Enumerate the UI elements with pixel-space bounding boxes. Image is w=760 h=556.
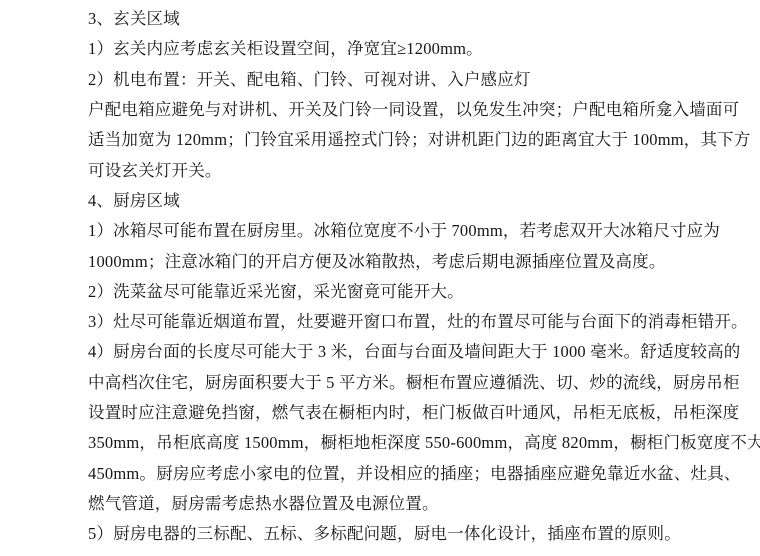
kitchen-item-4-line-3: 设置时应注意避免挡窗，燃气表在橱柜内时，柜门板做百叶通风，吊柜无底板，吊柜深度 (88, 396, 742, 426)
kitchen-item-5: 5）厨房电器的三标配、五标、多标配问题，厨电一体化设计，插座布置的原则。 (88, 517, 742, 547)
kitchen-item-4-line-4: 350mm，吊柜底高度 1500mm，橱柜地柜深度 550-600mm，高度 8… (88, 426, 742, 456)
document-page: 3、玄关区域 1）玄关内应考虑玄关柜设置空间，净宽宜≥1200mm。 2）机电布… (0, 0, 760, 556)
section-heading-kitchen: 4、厨房区域 (88, 184, 742, 214)
kitchen-item-4-line-6: 燃气管道，厨房需考虑热水器位置及电源位置。 (88, 487, 742, 517)
kitchen-item-1-line-2: 1000mm；注意冰箱门的开启方便及冰箱散热，考虑后期电源插座位置及高度。 (88, 244, 742, 274)
kitchen-item-4-line-2: 中高档次住宅，厨房面积要大于 5 平方米。橱柜布置应遵循洗、切、炒的流线，厨房吊… (88, 366, 742, 396)
entrance-para-line-2: 适当加宽为 120mm；门铃宜采用遥控式门铃；对讲机距门边的距离宜大于 100m… (88, 123, 742, 153)
entrance-para-line-3: 可设玄关灯开关。 (88, 153, 742, 183)
entrance-item-2: 2）机电布置：开关、配电箱、门铃、可视对讲、入户感应灯 (88, 63, 742, 93)
kitchen-item-4-line-5: 450mm。厨房应考虑小家电的位置，并设相应的插座；电器插座应避免靠近水盆、灶具… (88, 456, 742, 486)
kitchen-item-4-line-1: 4）厨房台面的长度尽可能大于 3 米，台面与台面及墙间距大于 1000 毫米。舒… (88, 335, 742, 365)
entrance-para-line-1: 户配电箱应避免与对讲机、开关及门铃一同设置，以免发生冲突；户配电箱所龛入墙面可 (88, 93, 742, 123)
kitchen-item-2: 2）洗菜盆尽可能靠近采光窗，采光窗竟可能开大。 (88, 275, 742, 305)
entrance-item-1: 1）玄关内应考虑玄关柜设置空间，净宽宜≥1200mm。 (88, 32, 742, 62)
kitchen-item-3: 3）灶尽可能靠近烟道布置，灶要避开窗口布置，灶的布置尽可能与台面下的消毒柜错开。 (88, 305, 742, 335)
kitchen-item-1-line-1: 1）冰箱尽可能布置在厨房里。冰箱位宽度不小于 700mm，若考虑双开大冰箱尺寸应… (88, 214, 742, 244)
section-heading-entrance: 3、玄关区域 (88, 2, 742, 32)
